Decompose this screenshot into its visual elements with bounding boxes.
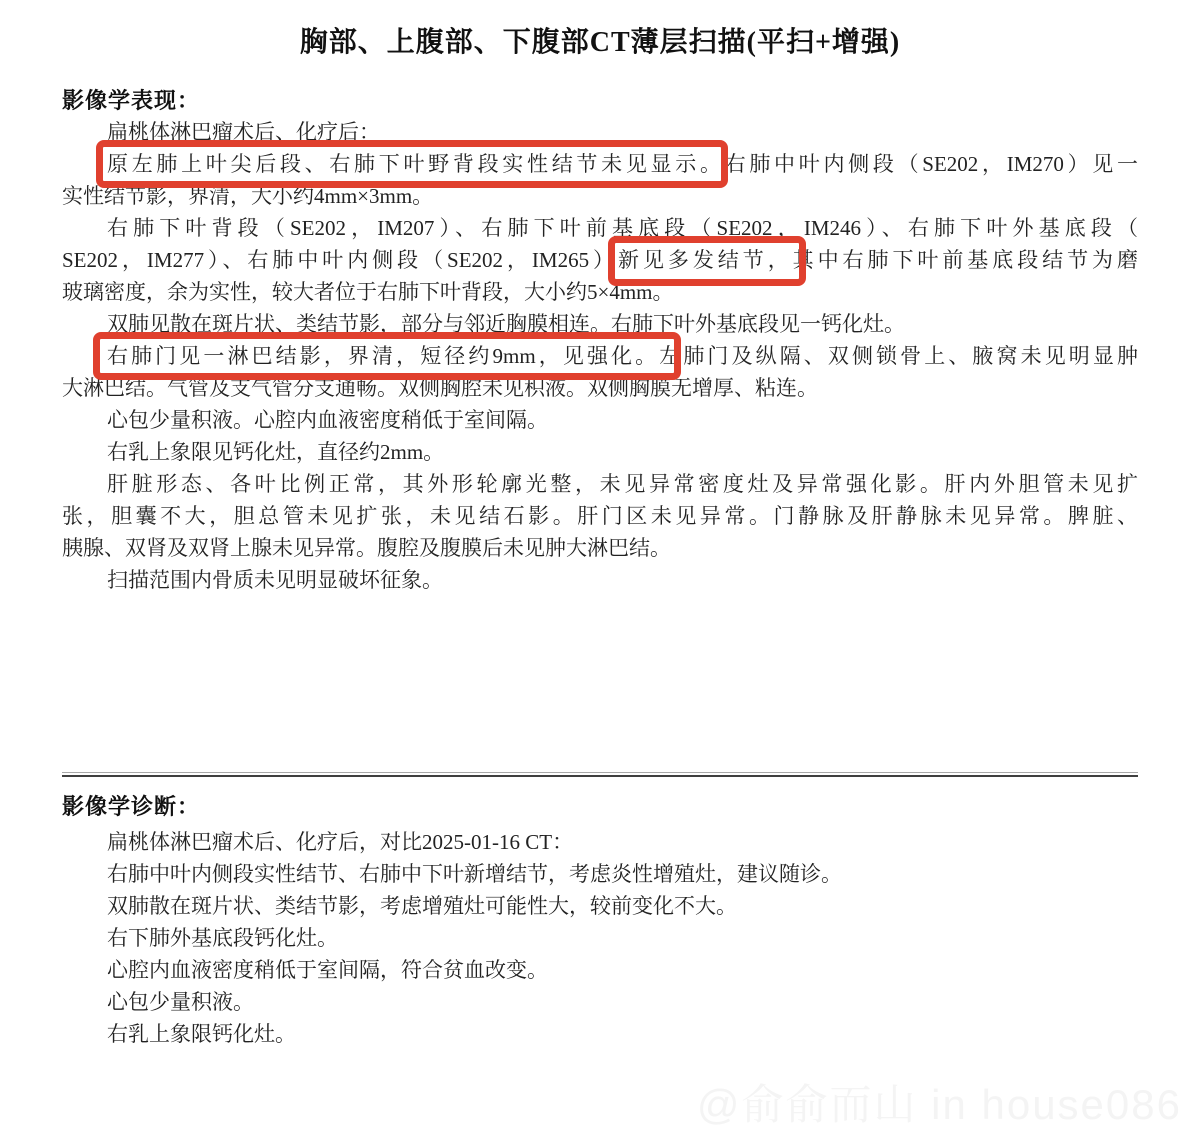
diagnosis-heading: 影像学诊断： bbox=[62, 790, 200, 821]
report-line: 右乳上象限见钙化灶，直径约2mm。 bbox=[62, 436, 1138, 468]
highlight-box-new-nodules bbox=[608, 236, 806, 286]
section-divider bbox=[62, 772, 1138, 777]
report-line: 扁桃体淋巴瘤术后、化疗后，对比2025-01-16 CT： bbox=[62, 826, 1138, 858]
report-line: 张，胆囊不大，胆总管未见扩张，未见结石影。肝门区未见异常。门静脉及肝静脉未见异常… bbox=[62, 500, 1138, 532]
report-line: 右肺下叶背段（SE202，IM207）、右肺下叶前基底段（SE202，IM246… bbox=[62, 212, 1138, 244]
report-line: 扫描范围内骨质未见明显破坏征象。 bbox=[62, 564, 1138, 596]
report-line: 右乳上象限钙化灶。 bbox=[62, 1018, 1138, 1050]
report-line: 胰腺、双肾及双肾上腺未见异常。腹腔及腹膜后未见肿大淋巴结。 bbox=[62, 532, 1138, 564]
diagnosis-section: 扁桃体淋巴瘤术后、化疗后，对比2025-01-16 CT： 右肺中叶内侧段实性结… bbox=[62, 826, 1138, 1050]
report-title: 胸部、上腹部、下腹部CT薄层扫描(平扫+增强) bbox=[0, 20, 1200, 60]
report-line: 双肺散在斑片状、类结节影，考虑增殖灶可能性大，较前变化不大。 bbox=[62, 890, 1138, 922]
report-line: 心包少量积液。心腔内血液密度稍低于室间隔。 bbox=[62, 404, 1138, 436]
report-line: 心包少量积液。 bbox=[62, 986, 1138, 1018]
report-line: 右下肺外基底段钙化灶。 bbox=[62, 922, 1138, 954]
findings-heading: 影像学表现： bbox=[62, 84, 200, 115]
ct-report-page: 胸部、上腹部、下腹部CT薄层扫描(平扫+增强) 影像学表现： 扁桃体淋巴瘤术后、… bbox=[0, 0, 1200, 1130]
report-line: 肝脏形态、各叶比例正常，其外形轮廓光整，未见异常密度灶及异常强化影。肝内外胆管未… bbox=[62, 468, 1138, 500]
watermark: @俞俞而山 in house086 bbox=[697, 1072, 1182, 1130]
highlight-box-hilar-lymph-node bbox=[93, 332, 681, 380]
report-line: SE202，IM277）、右肺中叶内侧段（SE202，IM265）新见多发结节，… bbox=[62, 244, 1138, 276]
report-line: 右肺中叶内侧段实性结节、右肺中下叶新增结节，考虑炎性增殖灶，建议随诊。 bbox=[62, 858, 1138, 890]
report-line: 玻璃密度，余为实性，较大者位于右肺下叶背段，大小约5×4mm。 bbox=[62, 276, 1138, 308]
highlight-box-unseen-nodules bbox=[96, 140, 728, 188]
report-line: 心腔内血液密度稍低于室间隔，符合贫血改变。 bbox=[62, 954, 1138, 986]
